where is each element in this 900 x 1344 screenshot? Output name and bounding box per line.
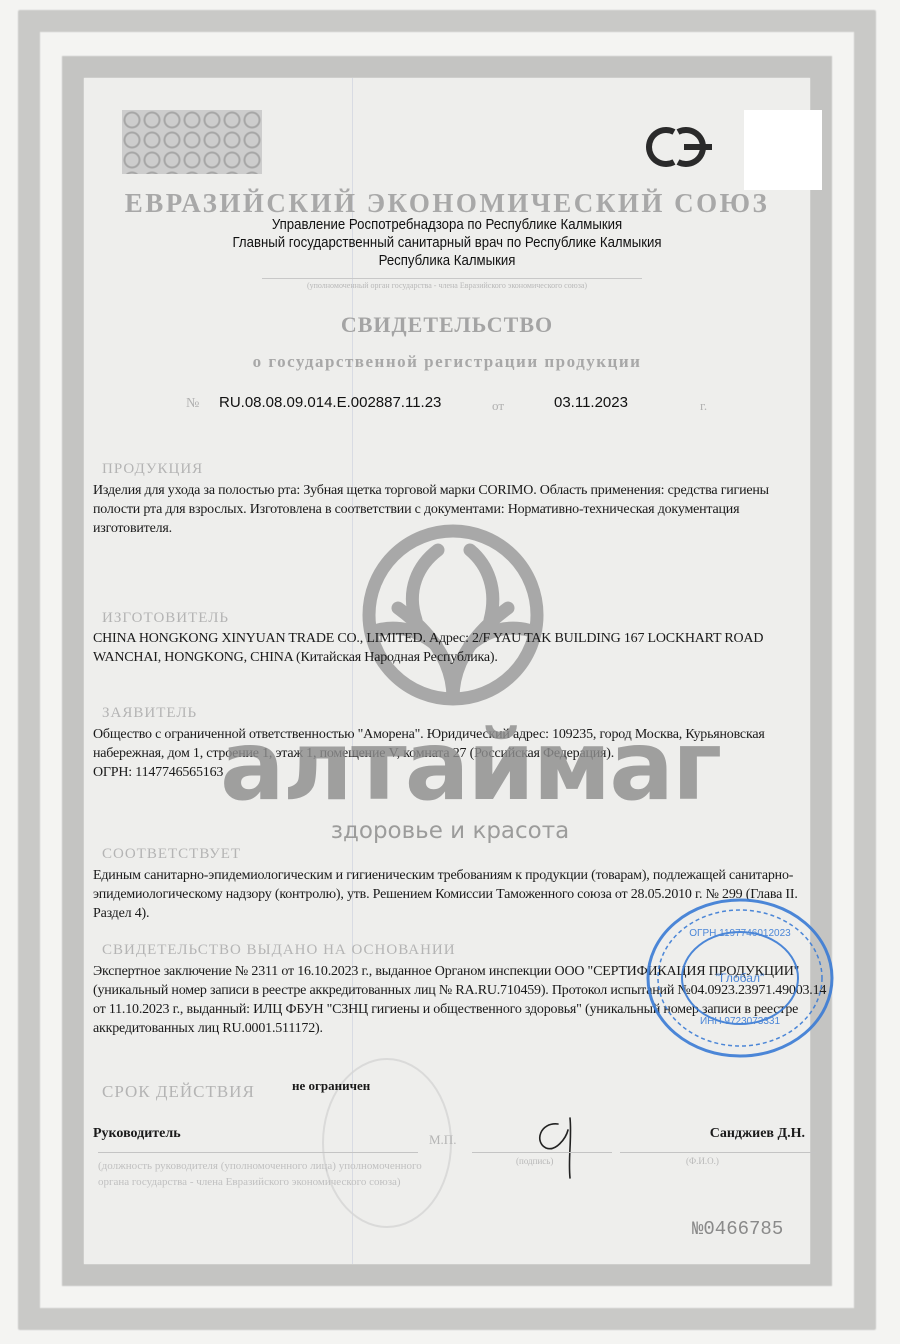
handwritten-signature-icon — [528, 1108, 608, 1180]
union-title: ЕВРАЗИЙСКИЙ ЭКОНОМИЧЕСКИЙ СОЮЗ — [84, 188, 810, 219]
validity-value: не ограничен — [292, 1078, 370, 1094]
seal-place-label: М.П. — [429, 1132, 456, 1148]
basis-label: СВИДЕТЕЛЬСТВО ВЫДАНО НА ОСНОВАНИИ — [102, 942, 456, 959]
stamp-ogrn: ОГРН 1197746012023 — [689, 928, 791, 939]
certificate-subtitle: о государственной регистрации продукции — [84, 352, 810, 372]
blank-patch — [744, 110, 822, 190]
signature-row: Руководитель М.П. Санджиев Д.Н. — [93, 1126, 815, 1150]
issuing-authority: Управление Роспотребнадзора по Республик… — [84, 216, 810, 270]
registration-number: RU.08.08.09.014.E.002887.11.23 — [219, 394, 441, 411]
date-prefix: от — [492, 398, 504, 414]
applicant-ogrn: ОГРН: 1147746565163 — [93, 765, 223, 780]
date-suffix: г. — [700, 398, 707, 414]
watermark-brand: алтаймаг — [220, 716, 680, 816]
stamp-center: "Глобал" — [716, 971, 764, 985]
signatory-name: Санджиев Д.Н. — [710, 1126, 805, 1142]
watermark-tagline: здоровье и красота — [220, 818, 680, 844]
applicant-label: ЗАЯВИТЕЛЬ — [102, 705, 197, 722]
name-caption: (Ф.И.О.) — [686, 1156, 719, 1166]
certificate-title: СВИДЕТЕЛЬСТВО — [84, 312, 810, 338]
registration-date: 03.11.2023 — [554, 394, 628, 411]
authority-caption: (уполномоченный орган государства - член… — [84, 281, 810, 290]
product-text: Изделия для ухода за полостью рта: Зубна… — [93, 481, 815, 538]
authority-rule — [262, 278, 642, 279]
manufacturer-label: ИЗГОТОВИТЕЛЬ — [102, 610, 229, 627]
tree-in-circle-logo-icon — [358, 520, 548, 710]
number-prefix: № — [186, 396, 199, 412]
stamp-inn: ИНН 9723073331 — [700, 1016, 780, 1027]
product-label: ПРОДУКЦИЯ — [102, 461, 203, 478]
registration-number-row: № RU.08.08.09.014.E.002887.11.23 от 03.1… — [84, 394, 810, 416]
authority-line: Республика Калмыкия — [128, 252, 767, 270]
manufacturer-text: CHINA HONGKONG XINYUAN TRADE CO., LIMITE… — [93, 629, 815, 667]
company-stamp-icon: ОГРН 1197746012023 "Глобал" ИНН 97230733… — [640, 896, 840, 1066]
complies-label: СООТВЕТСТВУЕТ — [102, 846, 241, 863]
validity-label: СРОК ДЕЙСТВИЯ — [102, 1082, 255, 1102]
signature-rule — [472, 1152, 612, 1153]
role-rule — [98, 1152, 418, 1153]
authority-line: Управление Роспотребнадзора по Республик… — [128, 216, 767, 234]
serial-number: №0466785 — [692, 1218, 783, 1240]
signatory-role: Руководитель — [93, 1126, 181, 1142]
name-rule — [620, 1152, 816, 1153]
authority-line: Главный государственный санитарный врач … — [128, 234, 767, 252]
signature-caption: (подпись) — [516, 1156, 553, 1166]
role-caption: (должность руководителя (уполномоченного… — [98, 1158, 428, 1190]
eac-conformity-mark-icon — [640, 122, 724, 172]
guilloche-pattern-icon — [122, 110, 262, 174]
